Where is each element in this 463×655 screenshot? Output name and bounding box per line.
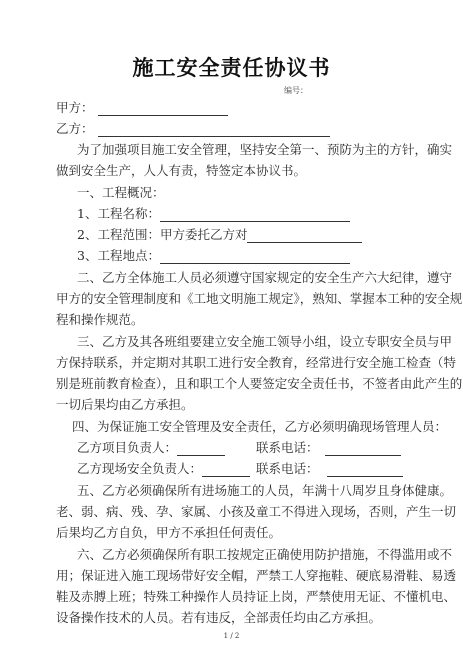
party-a-row: 甲方： — [56, 100, 228, 116]
party-a-label: 甲方： — [56, 100, 94, 115]
section5-line-2: 老、弱、病、残、孕、家属、小孩及童工不得进入现场，否则，产生一切 — [56, 504, 456, 520]
safety-lead-row: 乙方现场安全负责人： — [77, 461, 250, 477]
section4-heading: 四、为保证施工安全管理及安全责任，乙方必须明确现场管理人员： — [72, 419, 447, 435]
project-lead-field[interactable] — [177, 443, 225, 456]
intro-line-1: 为了加强项目施工安全管理，坚持安全第一、预防为主的方针，确实 — [77, 142, 452, 158]
document-page: 施工安全责任协议书 编号： 甲方： 乙方： 为了加强项目施工安全管理，坚持安全第… — [0, 0, 463, 655]
project-scope-row: 2、工程范围：甲方委托乙方对 — [77, 227, 362, 243]
phone-label: 联系电话： — [256, 440, 319, 455]
section3-line-3: 别是班前教育检查），且和职工个人要签定安全责任书，不签者由此产生的 — [56, 376, 462, 392]
section5-line-1: 五、乙方必须确保所有进场施工的人员，年满十八周岁且身体健康。 — [77, 483, 452, 499]
section6-line-3: 鞋及赤膊上班；特殊工种操作人员持证上岗，严禁使用无证、不懂机电、 — [56, 589, 456, 605]
party-a-field[interactable] — [98, 103, 228, 116]
safety-lead-label: 乙方现场安全负责人： — [77, 461, 202, 476]
section2-line-3: 程和操作规范。 — [56, 312, 144, 328]
party-b-field[interactable] — [98, 124, 330, 137]
safety-lead-field[interactable] — [202, 464, 250, 477]
project-location-row: 3、工程地点： — [77, 248, 350, 264]
project-name-label: 1、工程名称： — [77, 206, 160, 221]
project-lead-phone-row: 联系电话： — [256, 440, 401, 456]
section3-line-2: 方保持联系，并定期对其职工进行安全教育，经常进行安全施工检查（特 — [56, 355, 456, 371]
project-location-field[interactable] — [160, 251, 350, 264]
project-name-field[interactable] — [160, 209, 350, 222]
section6-line-4: 设备操作技术的人员。若有违反，全部责任均由乙方承担。 — [56, 610, 381, 626]
document-title: 施工安全责任协议书 — [0, 52, 463, 82]
intro-line-2: 做到安全生产，人人有责，特签定本协议书。 — [56, 163, 306, 179]
project-lead-row: 乙方项目负责人： — [77, 440, 225, 456]
project-scope-field[interactable] — [247, 230, 362, 243]
phone-label: 联系电话： — [256, 461, 319, 476]
page-number: 1 / 2 — [0, 632, 463, 640]
project-scope-label: 2、工程范围：甲方委托乙方对 — [77, 227, 247, 242]
project-location-label: 3、工程地点： — [77, 248, 160, 263]
project-lead-label: 乙方项目负责人： — [77, 440, 177, 455]
section2-line-2: 甲方的安全管理制度和《工地文明施工规定》，熟知、掌握本工种的安全规 — [56, 291, 462, 307]
section1-heading: 一、工程概况： — [77, 185, 165, 201]
party-b-label: 乙方： — [56, 121, 94, 136]
section6-line-2: 用；保证进入施工现场带好安全帽，严禁工人穿拖鞋、硬底易滑鞋、易透 — [56, 568, 456, 584]
safety-lead-phone-field[interactable] — [327, 464, 403, 477]
party-b-row: 乙方： — [56, 121, 330, 137]
project-name-row: 1、工程名称： — [77, 206, 350, 222]
project-lead-phone-field[interactable] — [325, 443, 401, 456]
serial-number-label: 编号： — [284, 85, 308, 96]
section3-line-1: 三、乙方及其各班组要建立安全施工领导小组，设立专职安全员与甲 — [77, 334, 452, 350]
section2-line-1: 二、乙方全体施工人员必须遵守国家规定的安全生产六大纪律，遵守 — [77, 270, 452, 286]
safety-lead-phone-row: 联系电话： — [256, 461, 403, 477]
section5-line-3: 后果均乙方自负，甲方不承担任何责任。 — [56, 525, 281, 541]
section6-line-1: 六、乙方必须确保所有职工按规定正确使用防护措施，不得滥用或不 — [77, 547, 452, 563]
section3-line-4: 一切后果均由乙方承担。 — [56, 397, 194, 413]
